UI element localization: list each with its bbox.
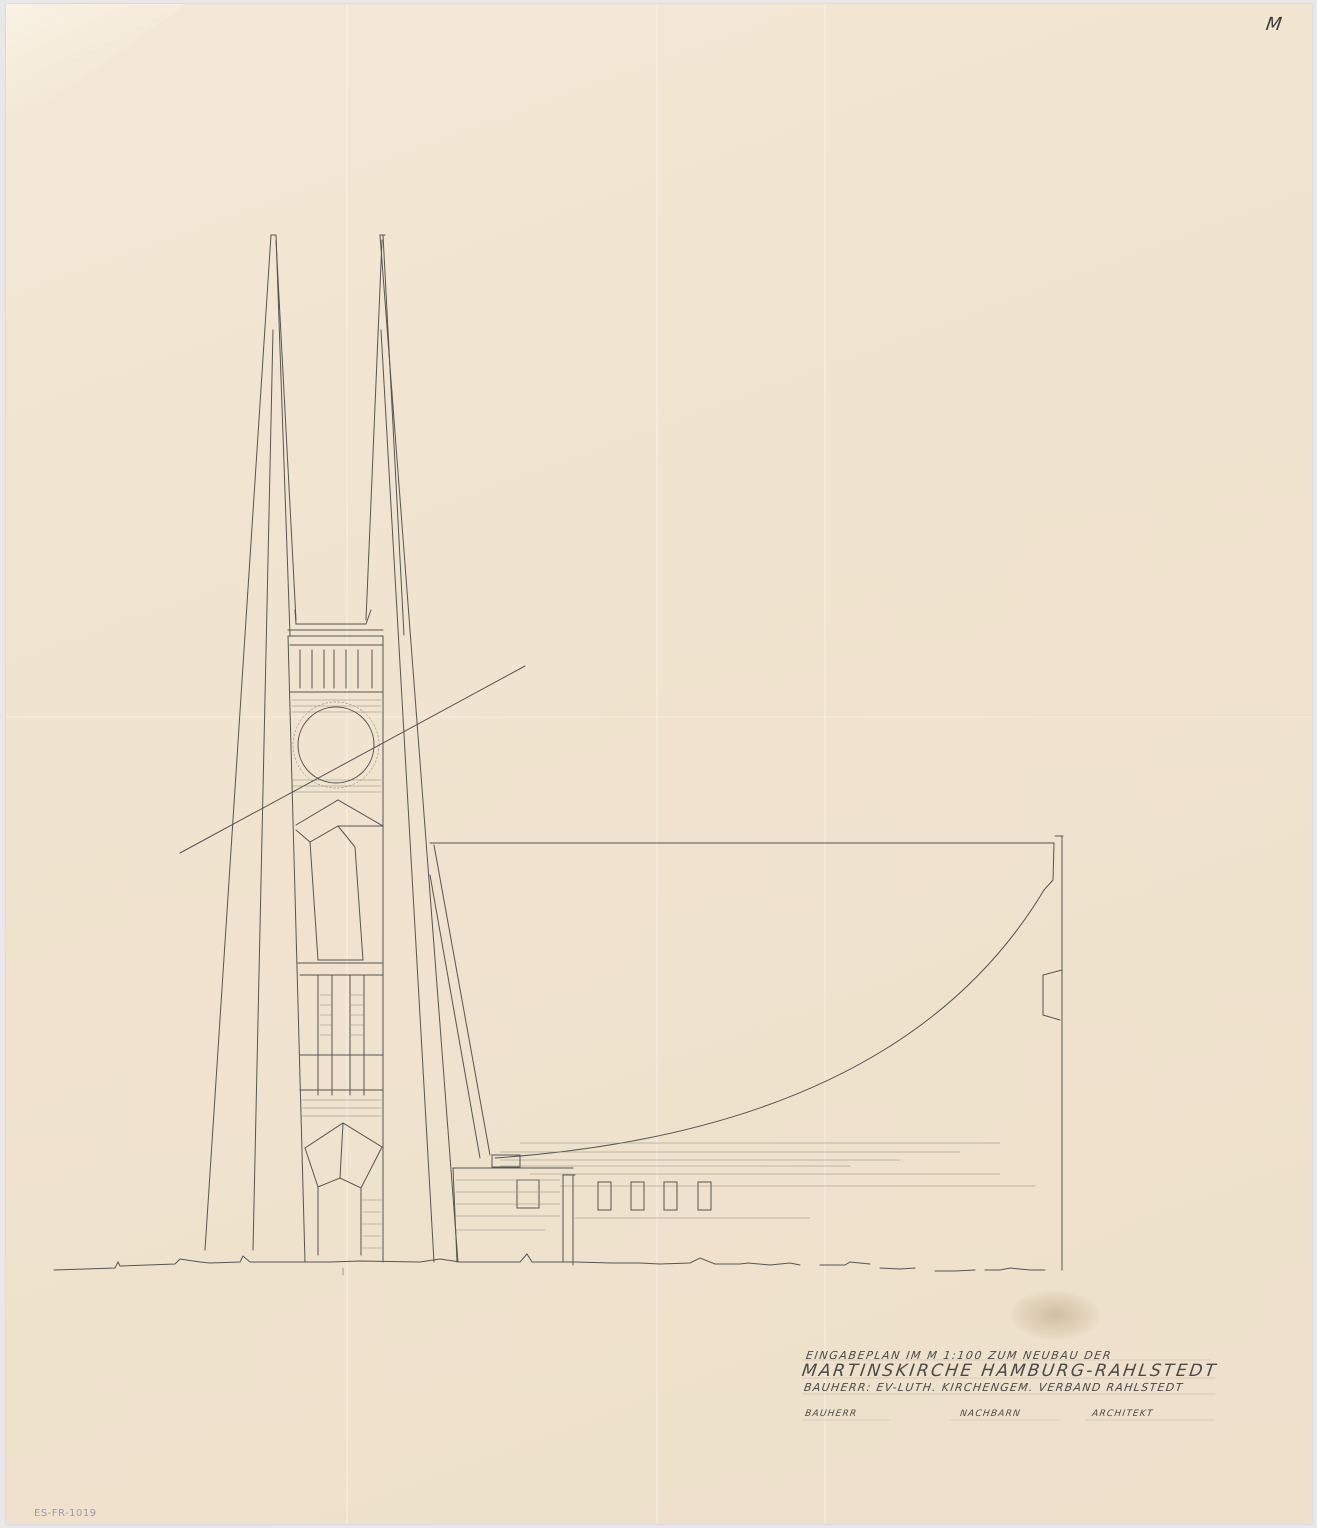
archive-code: ES-FR-1019 <box>34 1508 97 1519</box>
ground-line <box>54 1254 1045 1271</box>
title-line-2: MARTINSKIRCHE HAMBURG-RAHLSTEDT <box>801 1361 1219 1381</box>
tower-shaft <box>288 636 383 1262</box>
signature-label-nachbarn: NACHBARN <box>959 1409 1021 1419</box>
tower-panels <box>296 800 383 1255</box>
nave-curved-roof <box>430 836 1063 1270</box>
construction-line <box>180 666 525 853</box>
elevation-drawing <box>0 0 1317 1528</box>
title-line-3: BAUHERR: EV-LUTH. KIRCHENGEM. VERBAND RA… <box>803 1381 1184 1394</box>
signature-label-architekt: ARCHITEKT <box>1091 1409 1154 1419</box>
sheet-number: M <box>1265 14 1284 35</box>
signature-label-bauherr: BAUHERR <box>804 1409 858 1419</box>
buttress <box>430 845 490 1158</box>
rose-window <box>293 702 379 788</box>
